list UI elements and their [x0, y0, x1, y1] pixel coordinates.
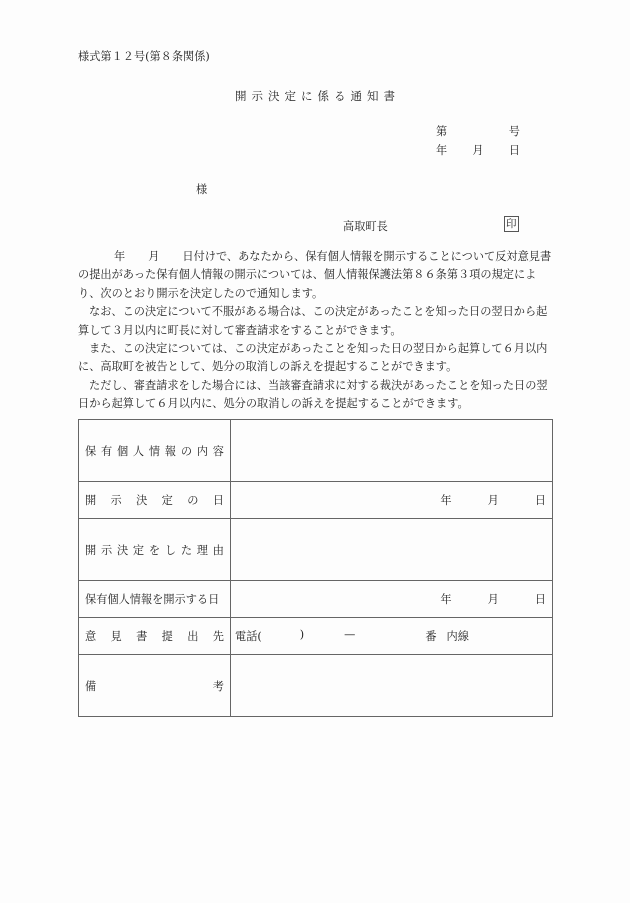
value-phone[interactable]: 電話( ) — 番 内線	[231, 618, 553, 655]
label-remarks: 備考	[79, 655, 231, 717]
notice-table: 保有個人情報の内容 開示決定の日 年月日 開示決定をした理由 保有個人情報を開示…	[78, 419, 553, 717]
date-day: 日	[509, 142, 520, 158]
number-suffix: 号	[509, 123, 520, 139]
sender: 高取町長	[343, 218, 388, 234]
label-decision-date: 開示決定の日	[79, 482, 231, 519]
label-reason: 開示決定をした理由	[79, 519, 231, 581]
label-content: 保有個人情報の内容	[79, 420, 231, 482]
paragraph-2: なお、この決定について不服がある場合は、この決定があったことを知った日の翌日から…	[78, 303, 554, 340]
form-id: 様式第１２号(第８条関係)	[78, 48, 210, 64]
table-row: 開示決定の日 年月日	[79, 482, 553, 519]
date-year: 年	[436, 142, 447, 158]
value-disclosure-date[interactable]: 年月日	[231, 581, 553, 618]
paragraph-4: ただし、審査請求をした場合には、当該審査請求に対する裁決があったことを知った日の…	[78, 377, 554, 414]
addressee: 様	[196, 181, 207, 197]
document-number: 第 号	[436, 123, 520, 139]
number-prefix: 第	[436, 123, 447, 139]
value-reason[interactable]	[231, 519, 553, 581]
document-date: 年 月 日	[436, 142, 520, 158]
paragraph-3: また、この決定については、この決定があったことを知った日の翌日から起算して６月以…	[78, 340, 554, 377]
table-row: 保有個人情報を開示する日 年月日	[79, 581, 553, 618]
notice-body: 年月日付けで、あなたから、保有個人情報を開示することについて反対意見書の提出があ…	[78, 248, 554, 414]
seal-icon: 印	[504, 216, 519, 232]
paragraph-1: 年月日付けで、あなたから、保有個人情報を開示することについて反対意見書の提出があ…	[78, 248, 554, 303]
date-month: 月	[472, 142, 483, 158]
label-submission-destination: 意見書提出先	[79, 618, 231, 655]
table-row: 開示決定をした理由	[79, 519, 553, 581]
table-row: 保有個人情報の内容	[79, 420, 553, 482]
table-row: 意見書提出先 電話( ) — 番 内線	[79, 618, 553, 655]
value-content[interactable]	[231, 420, 553, 482]
table-row: 備考	[79, 655, 553, 717]
label-disclosure-date: 保有個人情報を開示する日	[79, 581, 231, 618]
document-title: 開示決定に係る通知書	[235, 88, 400, 104]
value-remarks[interactable]	[231, 655, 553, 717]
value-decision-date[interactable]: 年月日	[231, 482, 553, 519]
